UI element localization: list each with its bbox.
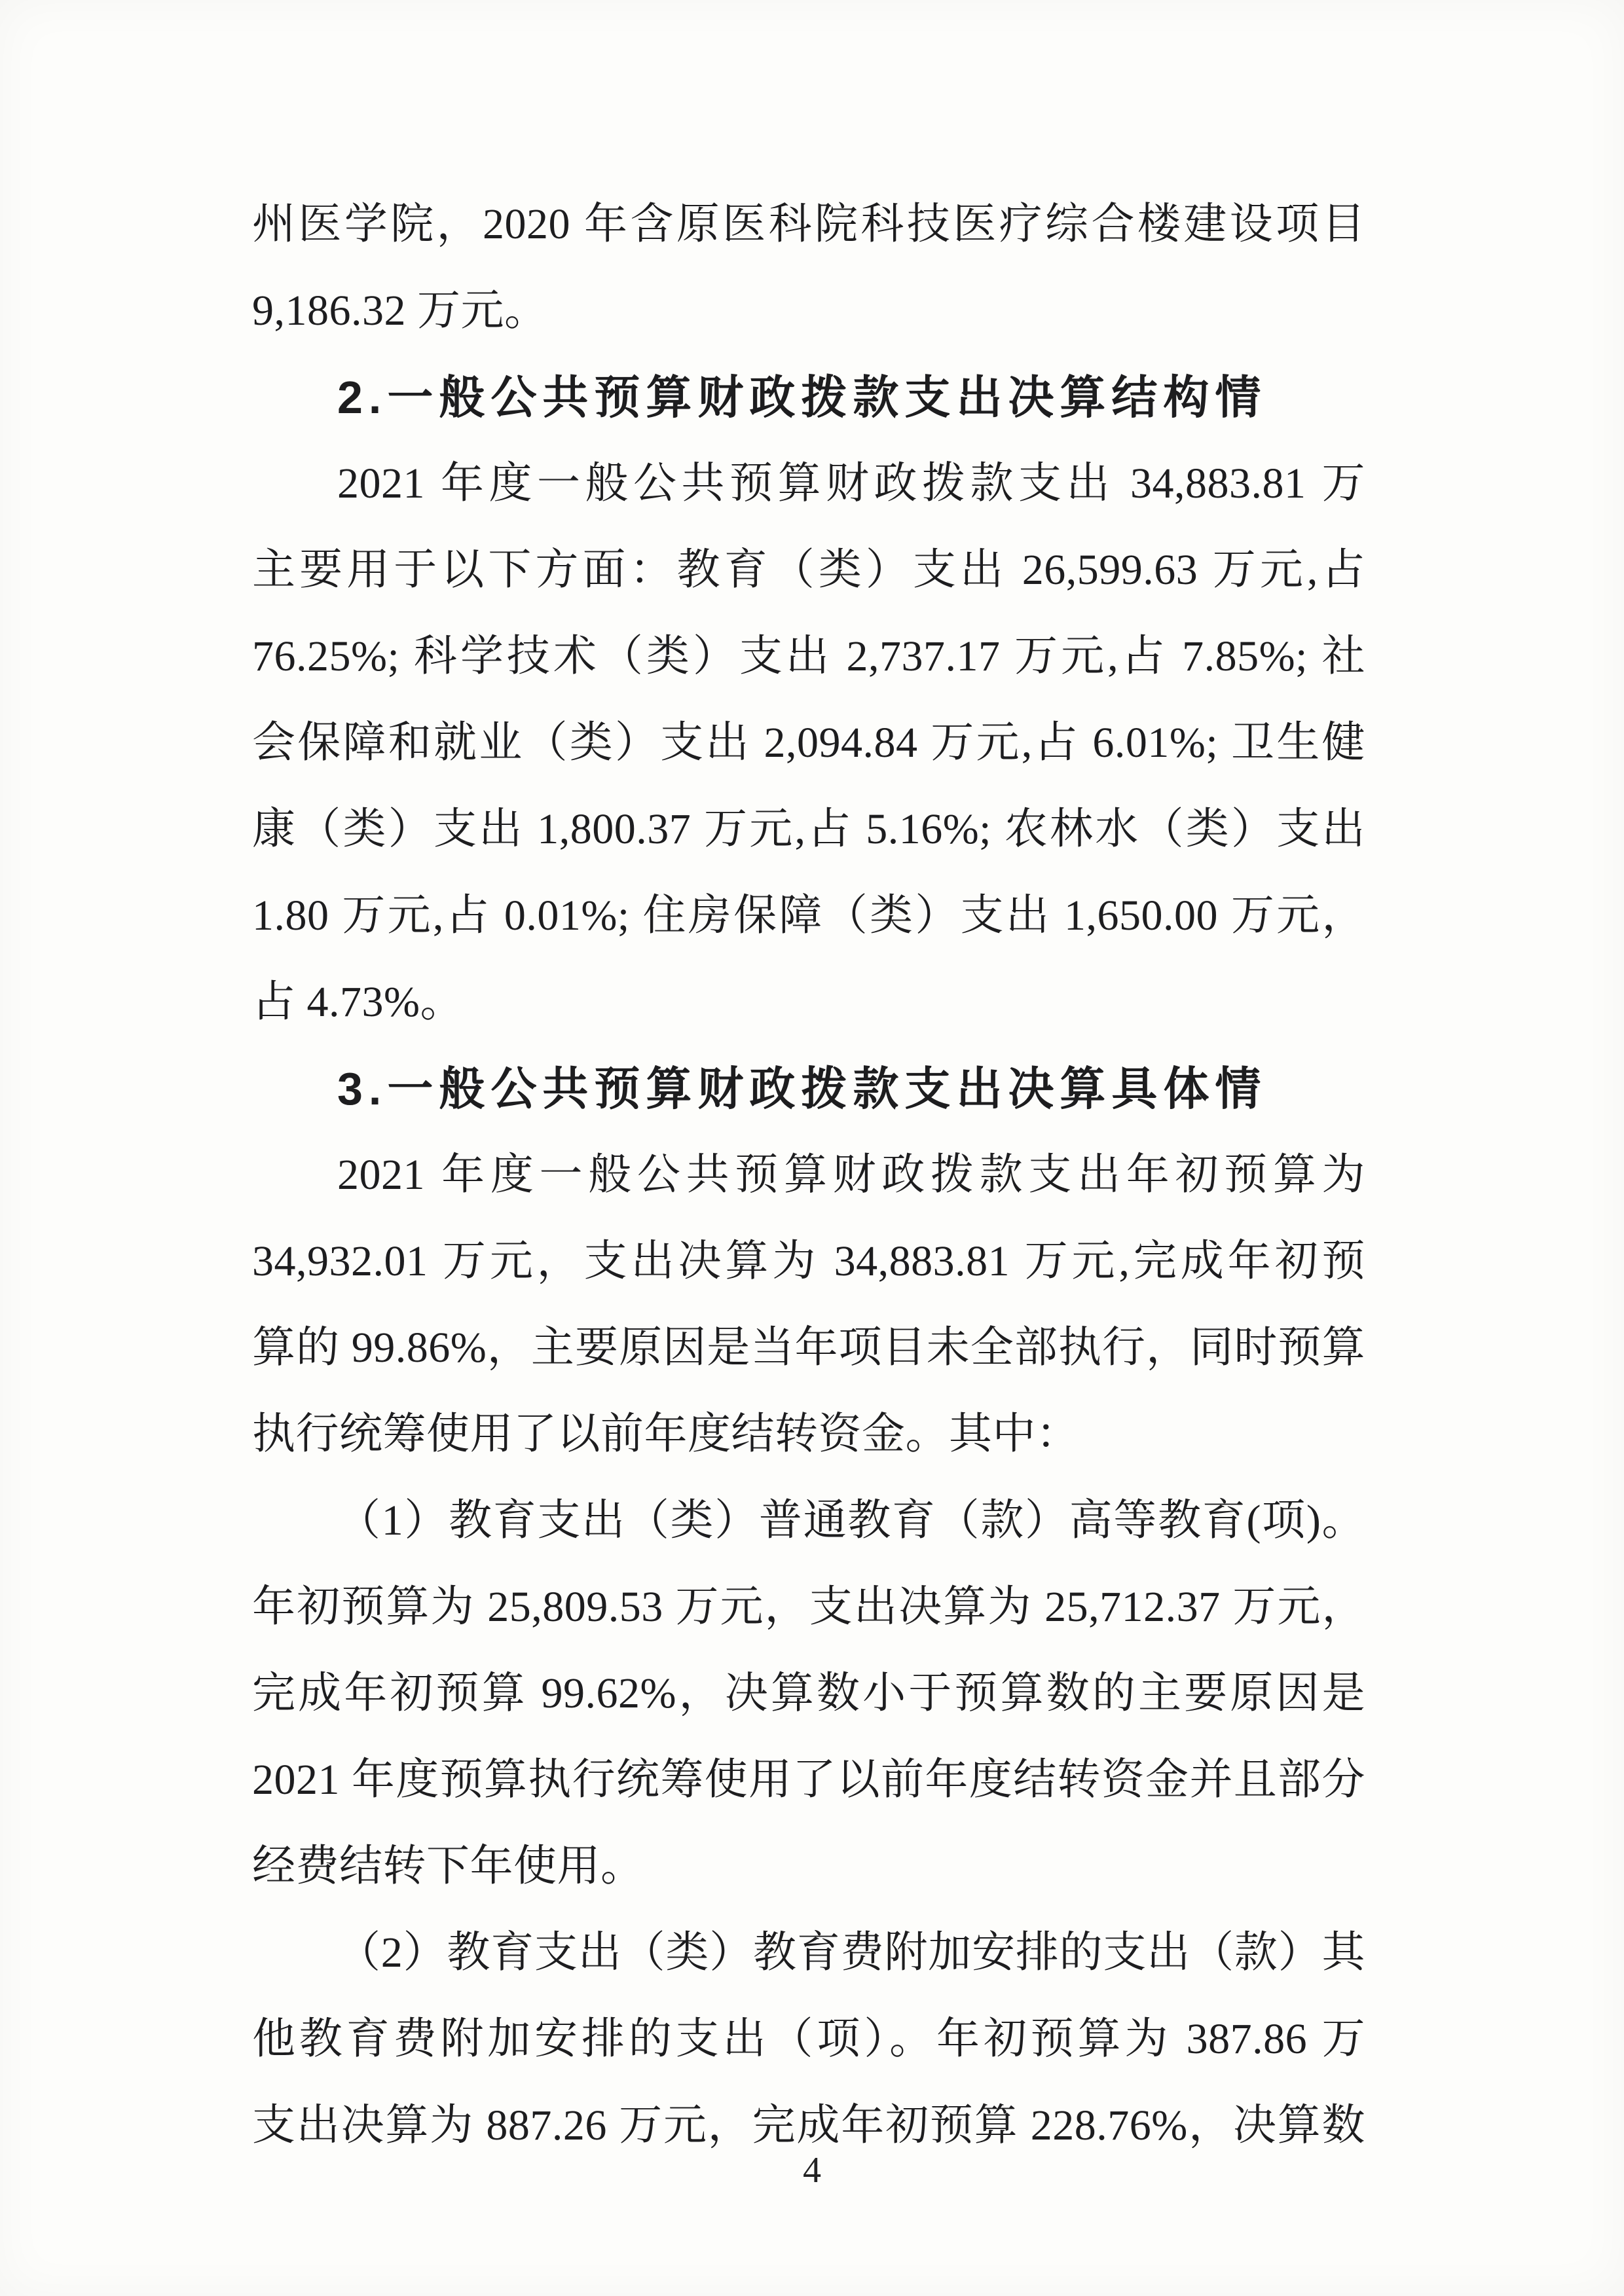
text-line: 占 4.73%。 (252, 959, 1365, 1046)
text-line: 康（类）支出 1,800.37 万元,占 5.16%; 农林水（类）支出 (252, 786, 1365, 873)
section-heading-2: 2.一般公共预算财政拨款支出决算结构情况。 (252, 354, 1365, 441)
text-line: 76.25%; 科学技术（类）支出 2,737.17 万元,占 7.85%; 社 (252, 613, 1365, 700)
text-line: 主要用于以下方面：教育（类）支出 26,599.63 万元,占 (252, 527, 1365, 613)
text-line: 算的 99.86%，主要原因是当年项目未全部执行，同时预算 (252, 1305, 1365, 1391)
text-line: 执行统筹使用了以前年度结转资金。其中： (252, 1391, 1365, 1478)
text-line-item-2: （2）教育支出（类）教育费附加安排的支出（款）其 (252, 1910, 1365, 1996)
text-line: 州医学院，2020 年含原医科院科技医疗综合楼建设项目 (252, 181, 1365, 268)
document-text-block: 州医学院，2020 年含原医科院科技医疗综合楼建设项目 9,186.32 万元。… (252, 181, 1365, 2169)
section-heading-3: 3.一般公共预算财政拨款支出决算具体情况。 (252, 1046, 1365, 1132)
text-line: 2021 年度预算执行统筹使用了以前年度结转资金并且部分 (252, 1737, 1365, 1823)
text-line: 34,932.01 万元，支出决算为 34,883.81 万元,完成年初预 (252, 1218, 1365, 1305)
text-line: 会保障和就业（类）支出 2,094.84 万元,占 6.01%; 卫生健 (252, 700, 1365, 786)
text-line: 年初预算为 25,809.53 万元，支出决算为 25,712.37 万元， (252, 1564, 1365, 1650)
text-line: 经费结转下年使用。 (252, 1823, 1365, 1910)
text-line-item-1: （1）教育支出（类）普通教育（款）高等教育(项)。 (252, 1478, 1365, 1564)
text-line: 他教育费附加安排的支出（项）。年初预算为 387.86 万元， (252, 1996, 1365, 2083)
text-line: 1.80 万元,占 0.01%; 住房保障（类）支出 1,650.00 万元， (252, 873, 1365, 959)
text-line: 2021 年度一般公共预算财政拨款支出年初预算为 (252, 1132, 1365, 1218)
text-line: 2021 年度一般公共预算财政拨款支出 34,883.81 万元， (252, 441, 1365, 527)
scanned-document-page: { "colors": { "paper": "#fdfdfb", "ink":… (0, 0, 1624, 2296)
text-line: 9,186.32 万元。 (252, 268, 1365, 354)
document-page: 州医学院，2020 年含原医科院科技医疗综合楼建设项目 9,186.32 万元。… (0, 0, 1624, 2296)
text-line: 完成年初预算 99.62%，决算数小于预算数的主要原因是 (252, 1650, 1365, 1737)
page-number: 4 (0, 2149, 1624, 2191)
